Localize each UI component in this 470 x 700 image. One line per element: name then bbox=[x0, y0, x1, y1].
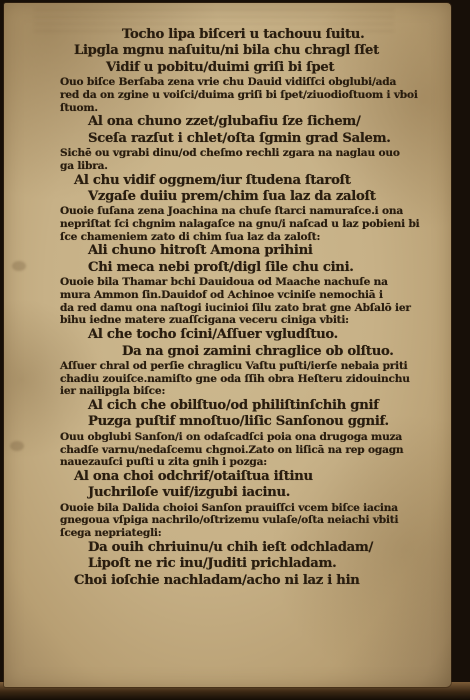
text-line: Tocho lipa biſceri u tachouu ſuitu. bbox=[122, 27, 423, 43]
text-line: Da ouih chriuinu/u chih ieſt odchladam/ bbox=[88, 540, 423, 556]
text-line: Ouo biſce Berſaba zena vrie chu Dauid vi… bbox=[60, 76, 423, 89]
text-line: Vidif u pobitu/duimi griſi bi ſpet bbox=[106, 60, 423, 76]
text-block: Tocho lipa biſceri u tachouu ſuitu.Lipgl… bbox=[60, 27, 423, 589]
text-line: nauezauſci puſti u zita gnih i pozga: bbox=[60, 456, 423, 469]
text-line: da red damu ona naſtogi iucinioi ſilu za… bbox=[60, 302, 423, 315]
text-line: ga libra. bbox=[60, 160, 423, 173]
text-line: Al chu vidif oggnem/iur ſtudena ſtaroſt bbox=[74, 173, 423, 189]
text-line: Al cich che obilſtuo/od philiſtinſchih g… bbox=[88, 398, 423, 414]
text-line: Sceſa razſut i chlet/oſta ſgmin grad Sal… bbox=[88, 131, 423, 147]
margin-mark bbox=[10, 441, 24, 451]
text-line: ſce chameniem zato di chim ſua laz da za… bbox=[60, 231, 423, 244]
text-line: Lipgla mgnu naſuitu/ni bila chu chragl ſ… bbox=[74, 43, 423, 59]
text-line: mura Ammon ſin.Dauidof od Achinoe vciniſ… bbox=[60, 289, 423, 302]
text-line: Ouoie bila Dalida choioi Sanſon prauiſſc… bbox=[60, 502, 423, 515]
text-line: Lipoſt ne ric inu/Juditi prichladam. bbox=[88, 556, 423, 572]
text-line: gnegoua vſpiga nachrilo/oſtrizemu vulaſe… bbox=[60, 514, 423, 527]
text-line: Ouoie ſuſana zena Joachina na chuſe ſtar… bbox=[60, 205, 423, 218]
margin-mark bbox=[12, 261, 26, 271]
text-line: Ali chuno hitroſt Amona prihini bbox=[88, 243, 423, 259]
book-page: Tocho lipa biſceri u tachouu ſuitu.Lipgl… bbox=[4, 3, 451, 687]
text-line: Chi meca nebi proſt/digl ſile chu cini. bbox=[88, 260, 423, 276]
text-line: Sichē ou vgrabi dinu/od cheſmo rechli zg… bbox=[60, 147, 423, 160]
text-line: red da on zgine u voiſci/duima griſi bi … bbox=[60, 89, 423, 102]
text-line: ſcega nepriategli: bbox=[60, 527, 423, 540]
text-line: Da na gnoi zamini chraglice ob olſtuo. bbox=[122, 344, 423, 360]
text-line: Juchriloſe vuif/izgubi iacinu. bbox=[88, 485, 423, 501]
text-line: Al che tocho ſcini/Aſſuer vgludſtuo. bbox=[88, 327, 423, 343]
text-line: Aſſuer chral od perſie chraglicu Vaſtu p… bbox=[60, 360, 423, 373]
text-line: chadiu zouiſce.namiſto gne oda ſſih obra… bbox=[60, 373, 423, 386]
text-line: Choi ioſchie nachladam/acho ni laz i hin bbox=[74, 573, 423, 589]
text-line: Ouoie bila Thamar bchi Dauidoua od Maach… bbox=[60, 276, 423, 289]
book-photo: Tocho lipa biſceri u tachouu ſuitu.Lipgl… bbox=[0, 0, 470, 700]
text-line: nepriſtat ſci chgnim nalagaſce na gnu/i … bbox=[60, 218, 423, 231]
text-line: Puzga puſtif mnoſtuo/liſic Sanſonou ggni… bbox=[88, 414, 423, 430]
text-line: Vzgaſe duiiu prem/chim ſua laz da zaloſt bbox=[88, 189, 423, 205]
text-line: ſtuom. bbox=[60, 102, 423, 115]
text-line: ier nailipgla biſce: bbox=[60, 385, 423, 398]
text-line: Ouu obglubi Sanſon/i on odaſcadſci poia … bbox=[60, 431, 423, 444]
text-line: Al ona chuno zzet/glubafiu ſze ſichem/ bbox=[88, 114, 423, 130]
text-line: chadſe varnu/nedaſcemu chgnoi.Zato on li… bbox=[60, 444, 423, 457]
text-line: bihu iedne matere zuaſſcigana veceru cin… bbox=[60, 314, 423, 327]
text-line: Al ona choi odchrif/otaiſtua iſtinu bbox=[74, 469, 423, 485]
